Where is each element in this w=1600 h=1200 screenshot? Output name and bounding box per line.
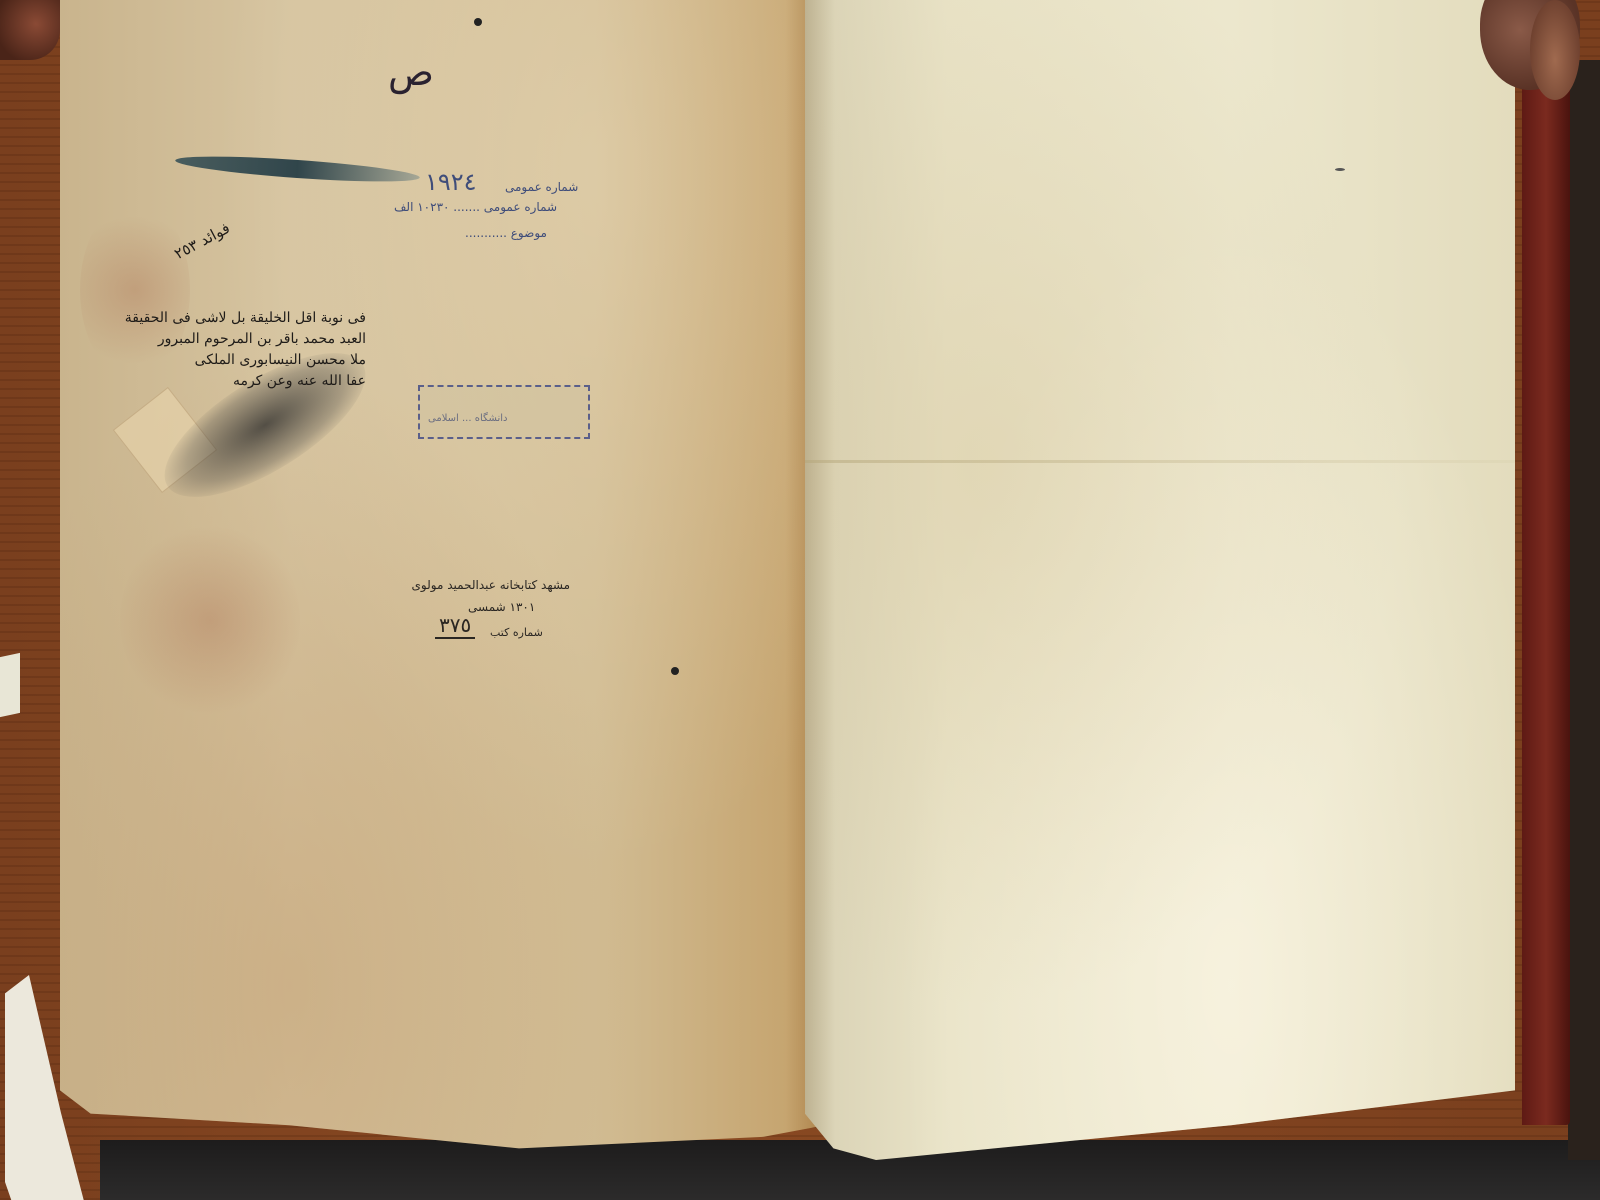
ownership-line: فى نوبة اقل الخليقة بل لاشى فى الحقيقة <box>236 308 366 329</box>
register-subject: موضوع ........... <box>465 226 547 240</box>
background-shadow-right <box>1568 60 1600 1160</box>
speck <box>1335 168 1345 171</box>
loose-paper-scrap <box>0 653 20 717</box>
water-stain <box>120 520 300 720</box>
folio-letter: ص <box>388 50 434 94</box>
library-stamp-year: ١٣٠١ شمسى <box>468 600 535 614</box>
stamp-text: دانشگاه ... اسلامى <box>428 413 507 424</box>
ownership-note: فى نوبة اقل الخليقة بل لاشى فى الحقيقة ا… <box>236 308 366 392</box>
ownership-line: عفا الله عنه وعن كرمه <box>236 371 366 392</box>
right-page-blank <box>805 0 1515 1160</box>
leather-cover-edge <box>1522 60 1570 1125</box>
hand-left-corner <box>0 0 60 60</box>
ink-dot <box>671 667 679 675</box>
register-line-2: شماره عمومى ....... ١٠٢٣٠ الف <box>394 200 557 214</box>
red-stain <box>80 200 190 380</box>
library-stamp-name: مشهد كتابخانه عبدالحميد مولوى <box>420 578 570 592</box>
page-crease <box>805 460 1515 463</box>
ink-dot <box>474 18 482 26</box>
ownership-line: ملا محسن النيسابورى الملكى <box>236 350 366 371</box>
library-number-label: شماره كتب <box>490 626 543 639</box>
finger <box>1530 0 1580 100</box>
library-book-number: ٣٧٥ <box>435 613 475 639</box>
register-label: شماره عمومى <box>505 180 578 194</box>
manuscript-photo: ص ١٩٢٤ شماره عمومى شماره عمومى ....... ١… <box>0 0 1600 1200</box>
page-gutter-shadow <box>805 0 835 1160</box>
ownership-line: العبد محمد باقر بن المرحوم المبرور <box>236 329 366 350</box>
register-number: ١٩٢٤ <box>425 168 477 196</box>
dashed-library-stamp: دانشگاه ... اسلامى <box>418 385 590 439</box>
